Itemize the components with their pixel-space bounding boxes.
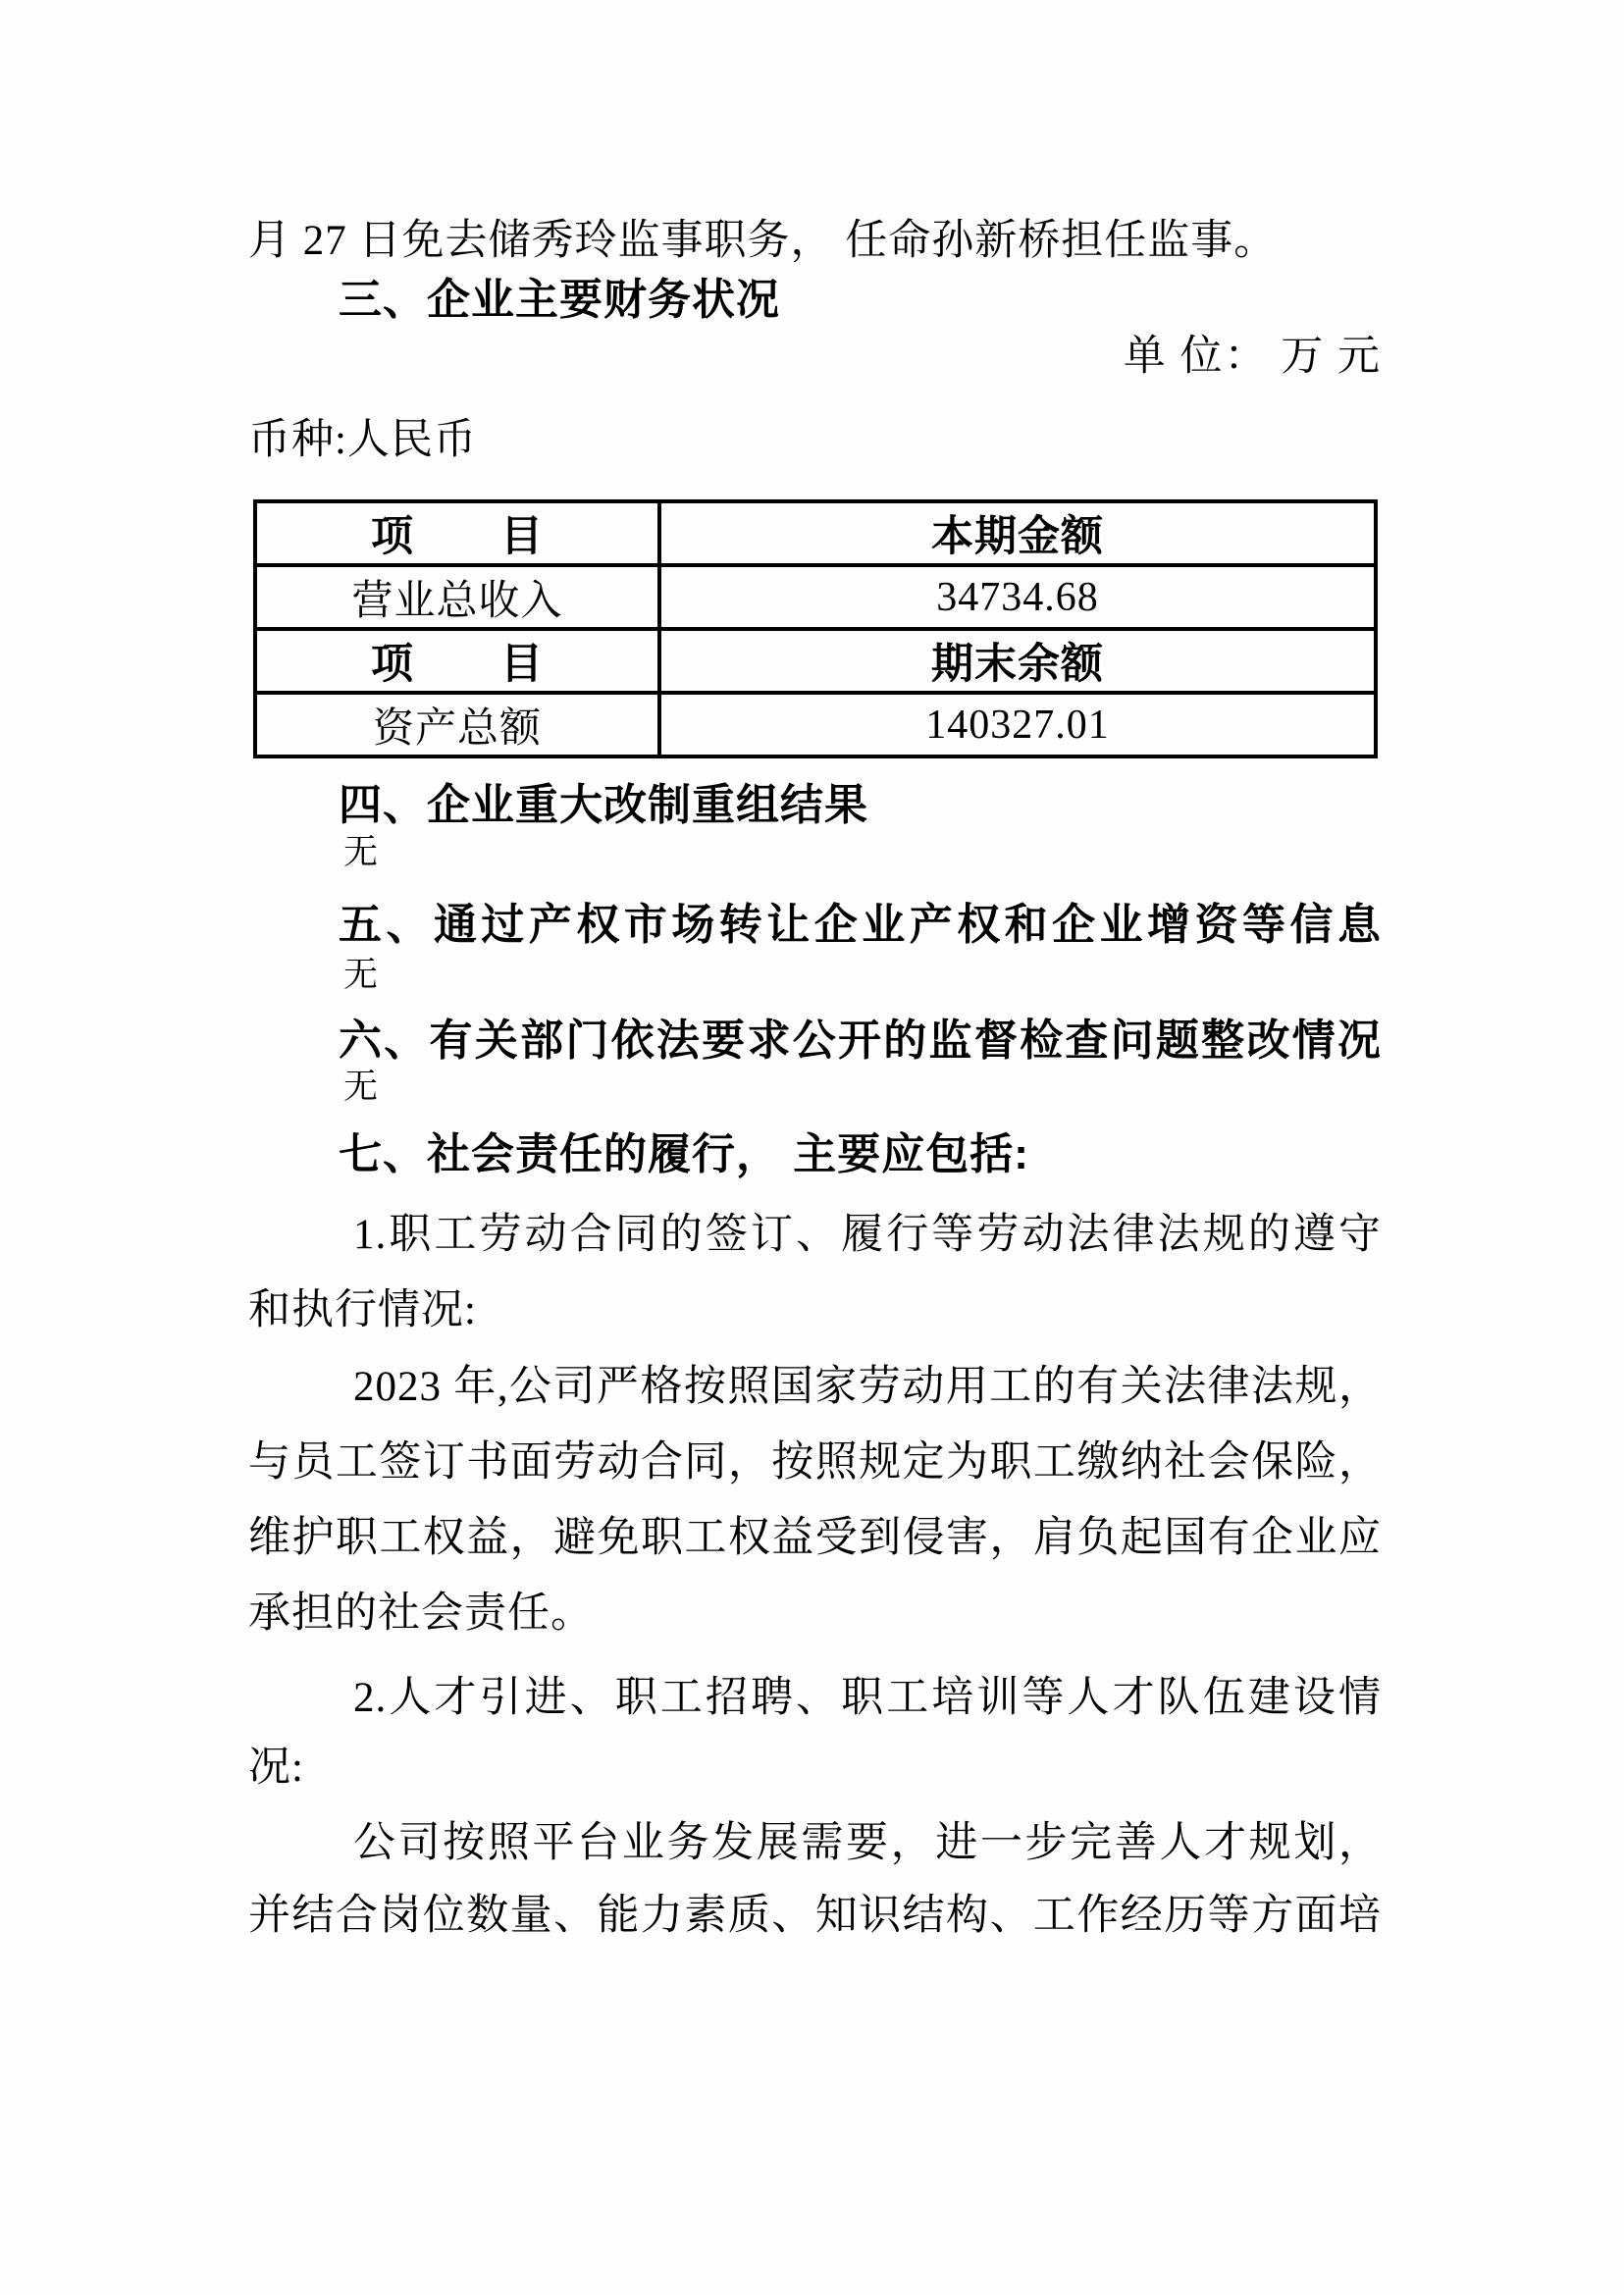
item1-para-line-4: 承担的社会责任。 (248, 1588, 1382, 1641)
section4-heading: 四、企业重大改制重组结果 (248, 779, 1382, 832)
table-header-item: 项 目 (255, 501, 659, 565)
item2-para-line-1: 公司按照平台业务发展需要，进一步完善人才规划， (248, 1817, 1382, 1870)
table-cell-assets-label: 资产总额 (255, 693, 659, 756)
table-row: 项 目 期末余额 (255, 629, 1376, 693)
finance-table: 项 目 本期金额 营业总收入 34734.68 项 目 期末余额 资产总额 14… (253, 499, 1378, 758)
section5-content: 无 (248, 955, 1382, 996)
table-cell-assets-value: 140327.01 (659, 693, 1376, 756)
table-row: 资产总额 140327.01 (255, 693, 1376, 756)
item1-para-line-2: 与员工签订书面劳动合同，按照规定为职工缴纳社会保险， (248, 1436, 1382, 1489)
table-row: 项 目 本期金额 (255, 501, 1376, 565)
table-cell-revenue-value: 34734.68 (659, 565, 1376, 629)
section4-content: 无 (248, 832, 1382, 873)
section5-heading: 五、通过产权市场转让企业产权和企业增资等信息 (248, 899, 1382, 952)
table-header-item-2: 项 目 (255, 629, 659, 693)
item2-line-2: 况: (248, 1742, 1382, 1795)
document-page: 月 27 日免去储秀玲监事职务， 任命孙新桥担任监事。 三、企业主要财务状况 单… (0, 0, 1624, 2295)
section6-content: 无 (248, 1067, 1382, 1108)
table-row: 营业总收入 34734.68 (255, 565, 1376, 629)
item1-para-line-1: 2023 年,公司严格按照国家劳动用工的有关法律法规， (248, 1361, 1382, 1414)
section6-heading: 六、有关部门依法要求公开的监督检查问题整改情况 (248, 1015, 1382, 1068)
item1-line-2: 和执行情况: (248, 1284, 1382, 1337)
item2-para-line-2: 并结合岗位数量、能力素质、知识结构、工作经历等方面培 (248, 1890, 1382, 1943)
table-header-current-amount: 本期金额 (659, 501, 1376, 565)
table-cell-revenue-label: 营业总收入 (255, 565, 659, 629)
section7-heading: 七、社会责任的履行， 主要应包括: (248, 1128, 1382, 1181)
section3-heading: 三、企业主要财务状况 (248, 274, 1382, 327)
item1-para-line-3: 维护职工权益，避免职工权益受到侵害，肩负起国有企业应 (248, 1512, 1382, 1565)
continuation-line: 月 27 日免去储秀玲监事职务， 任命孙新桥担任监事。 (248, 215, 1382, 268)
table-header-ending-balance: 期末余额 (659, 629, 1376, 693)
currency-note: 币种:人民币 (248, 414, 1382, 467)
item1-line-1: 1.职工劳动合同的签订、履行等劳动法律法规的遵守 (248, 1209, 1382, 1262)
unit-note: 单 位： 万 元 (248, 331, 1382, 384)
item2-line-1: 2.人才引进、职工招聘、职工培训等人才队伍建设情 (248, 1672, 1382, 1725)
